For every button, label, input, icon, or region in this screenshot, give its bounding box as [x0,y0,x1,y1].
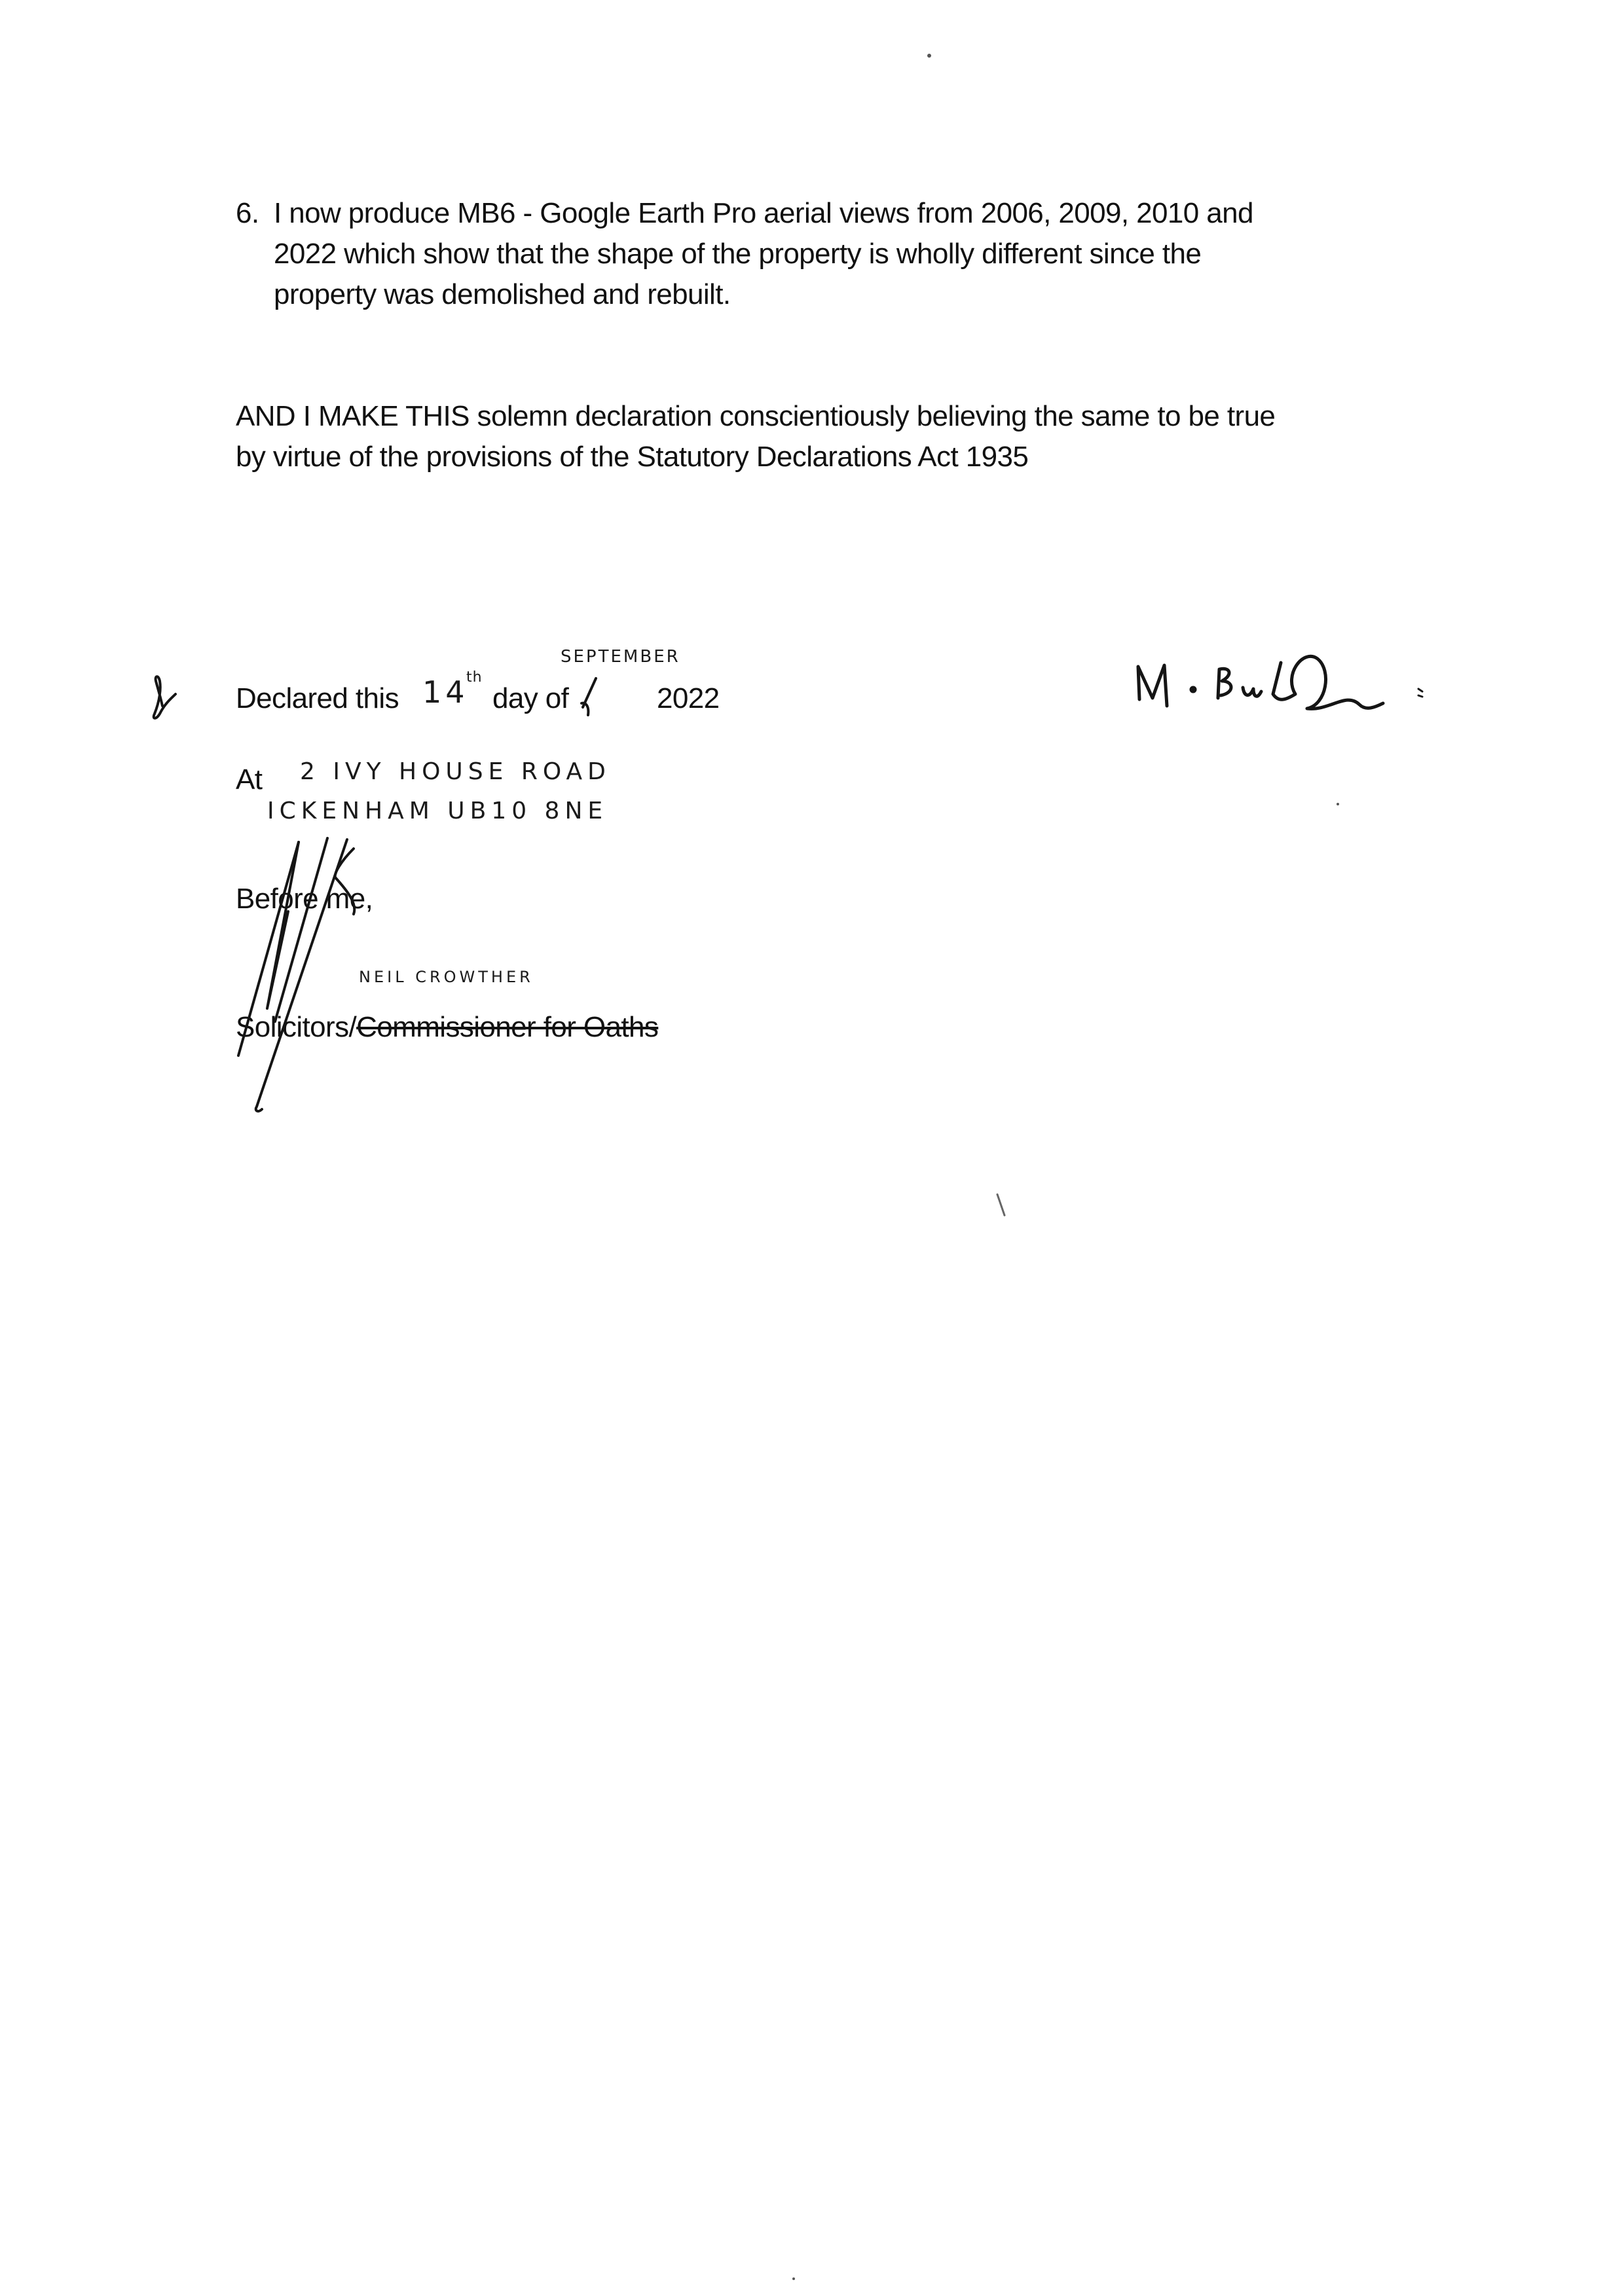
document-page: 6. I now produce MB6 - Google Earth Pro … [0,0,1624,2284]
solicitor-signature [238,838,354,1111]
handwritten-ink-layer [0,0,1624,2284]
scan-specks [792,54,1339,2280]
month-slash-mark [581,678,596,715]
declarant-signature [1138,656,1422,709]
margin-initials-mark [154,676,175,718]
stray-pen-mark [997,1194,1005,1215]
